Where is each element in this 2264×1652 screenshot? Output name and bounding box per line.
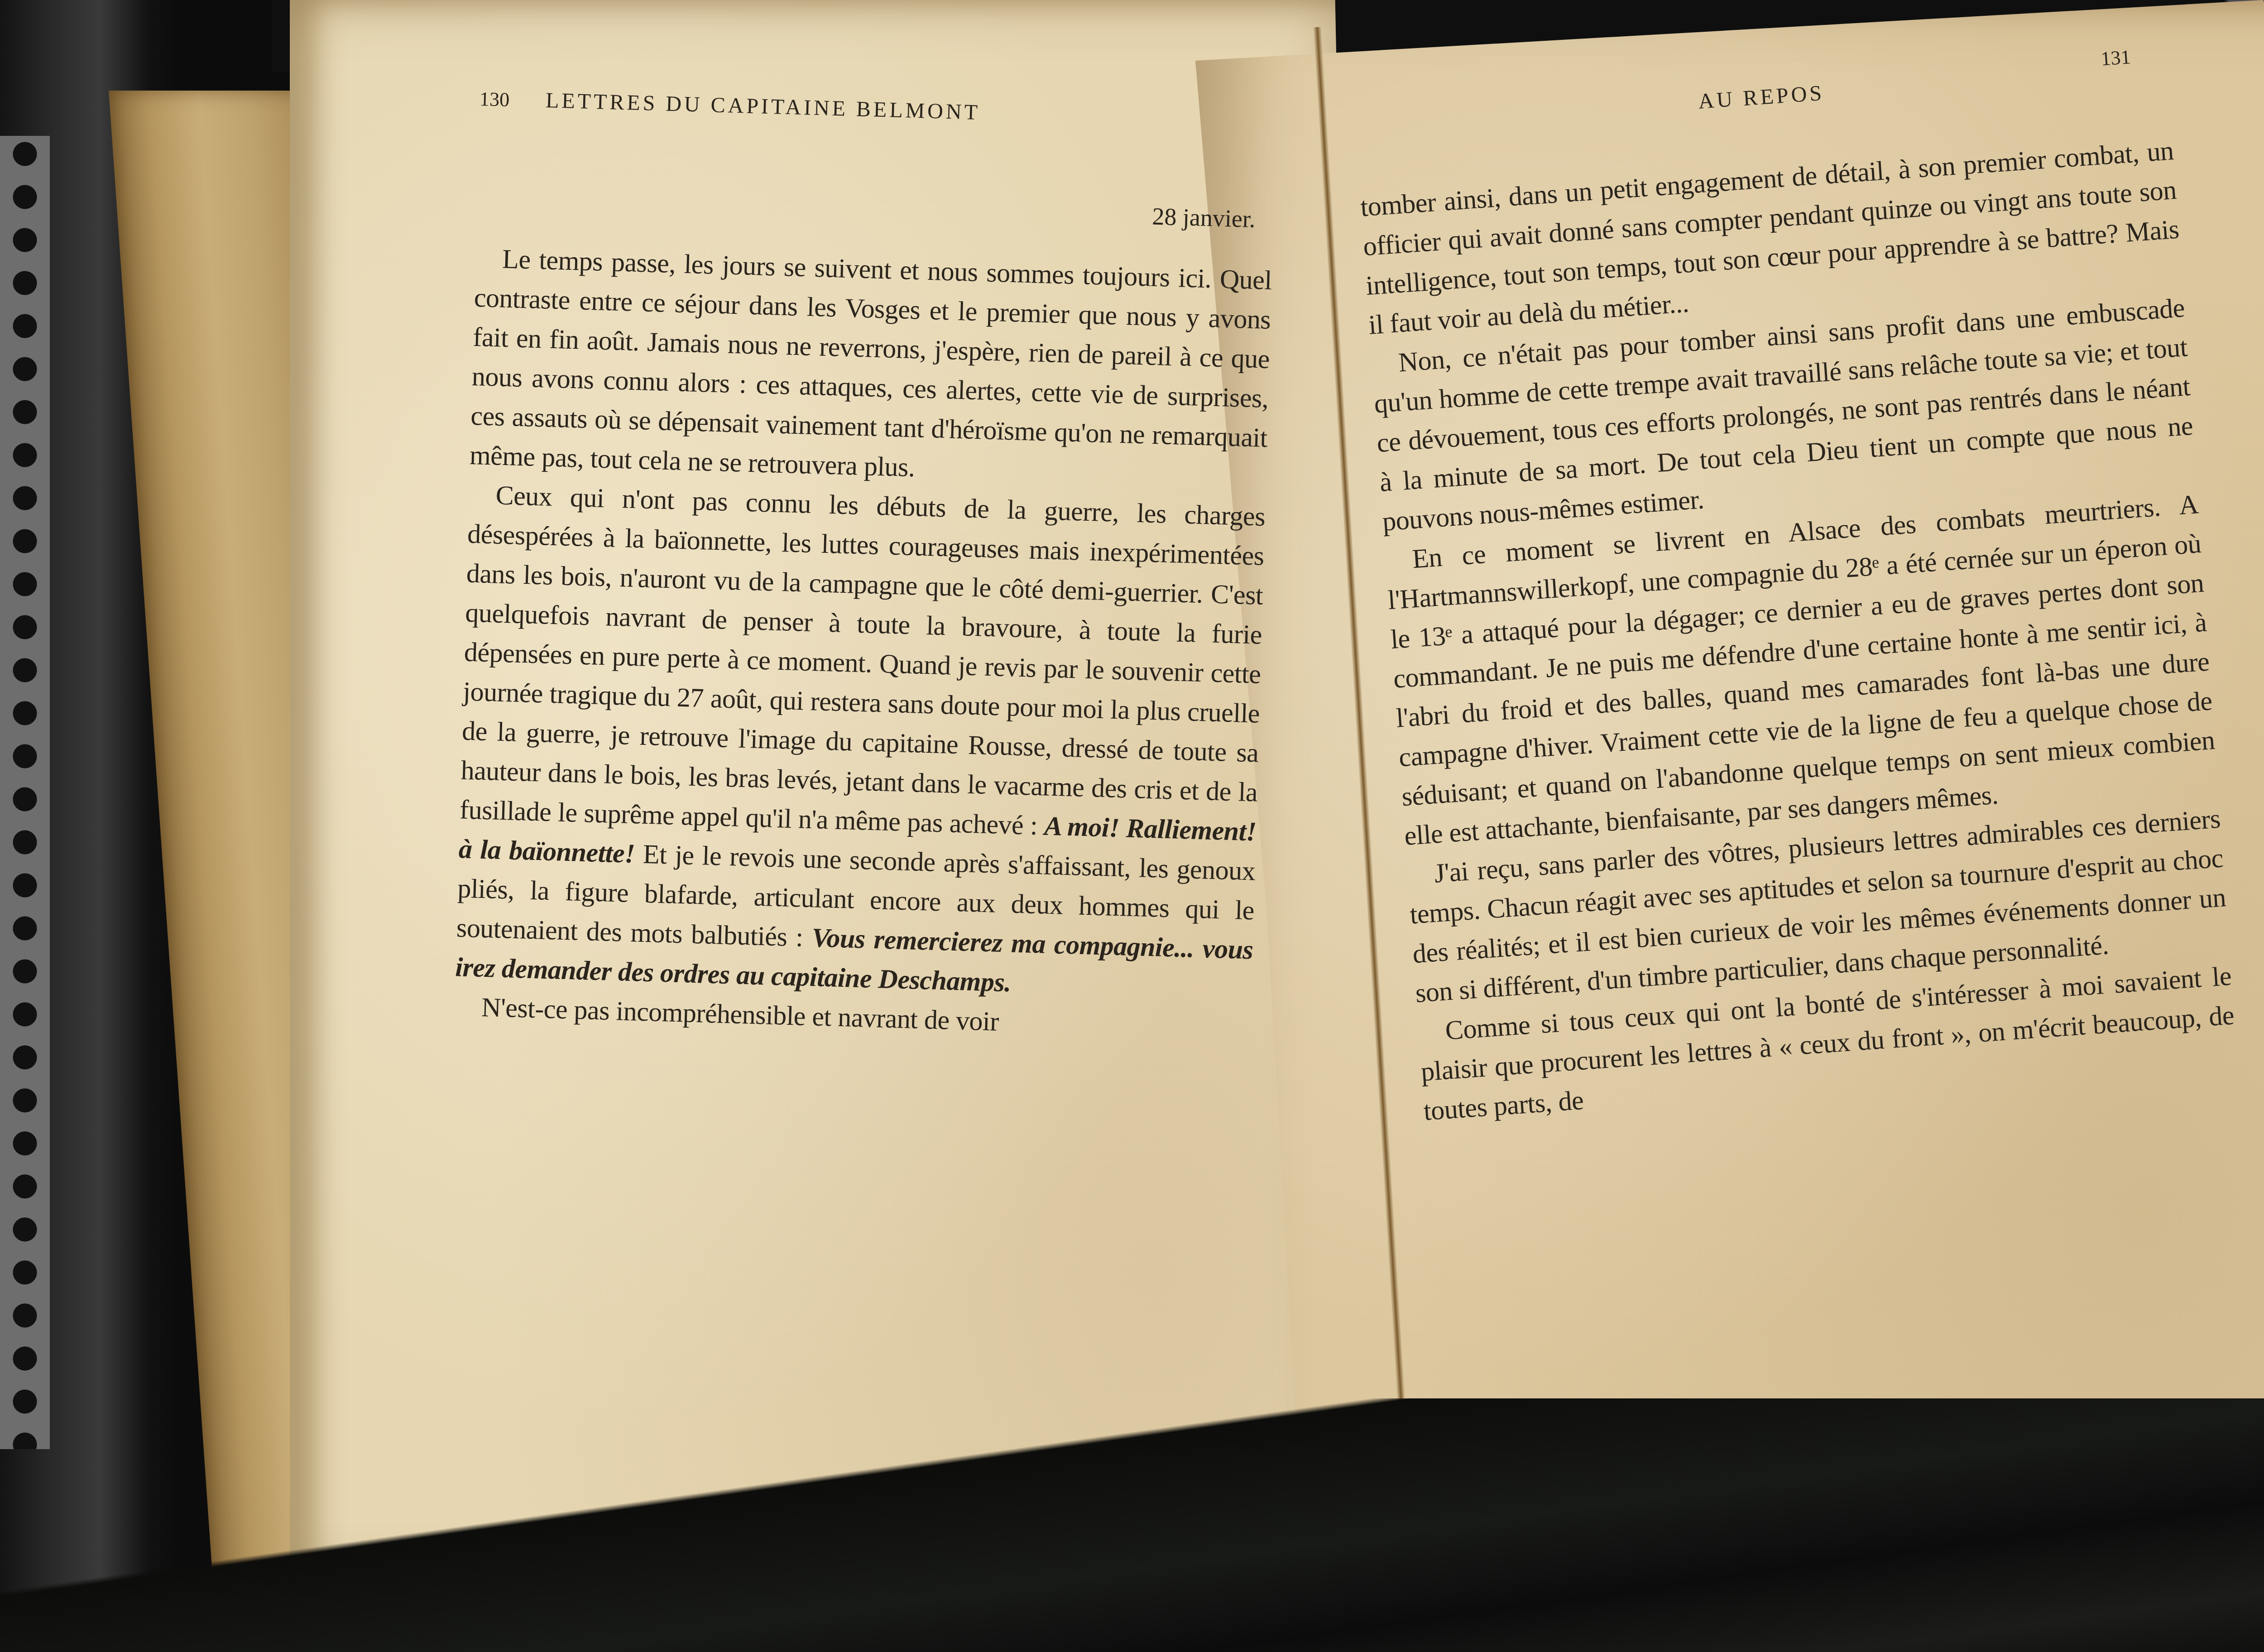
paragraph: Le temps passe, les jours se suivent et … — [469, 239, 1272, 497]
display-case-rail — [0, 1398, 2264, 1652]
paragraph: Ceux qui n'ont pas connu les débuts de l… — [455, 475, 1266, 1009]
right-body-text: tomber ainsi, dans un petit engagement d… — [1359, 131, 2238, 1131]
perforated-metal-panel — [0, 136, 50, 1449]
paragraph: En ce moment se livrent en Alsace des co… — [1384, 485, 2219, 856]
letter-date: 28 janvier. — [476, 183, 1256, 233]
right-page-content: AU REPOS 131 tomber ainsi, dans un petit… — [1354, 56, 2238, 1131]
left-page-content: 130 LETTRES DU CAPITAINE BELMONT 28 janv… — [454, 86, 1276, 1048]
page-number-right: 131 — [2100, 45, 2131, 70]
left-body-text: Le temps passe, les jours se suivent et … — [454, 239, 1272, 1048]
page-number-left: 130 — [479, 87, 509, 111]
paragraph-text: Ceux qui n'ont pas connu les débuts de l… — [459, 480, 1266, 840]
